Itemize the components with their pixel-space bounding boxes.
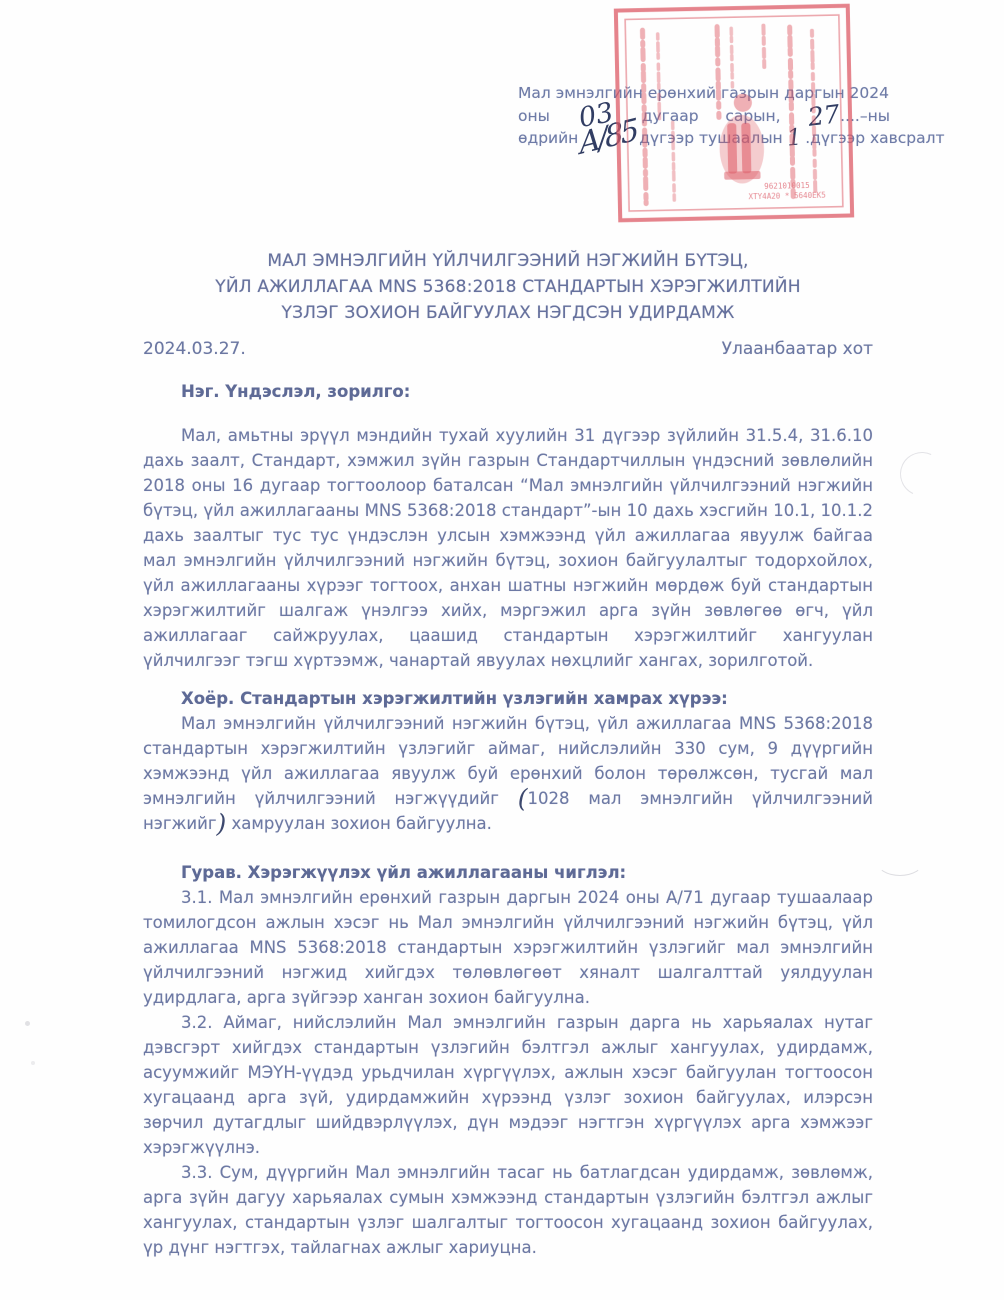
mongol-script-column	[731, 28, 732, 86]
official-stamp: 9621010015 ХТҮ4А20 * 5640ЕК5	[612, 0, 859, 227]
mongol-script-column	[812, 31, 815, 194]
pen-parenthesis-close: )	[217, 809, 227, 838]
document-date: 2024.03.27.	[143, 339, 246, 359]
document-city: Улаанбаатар хот	[722, 339, 873, 359]
section-one-paragraph: Мал, амьтны эрүүл мэндийн тухай хуулийн …	[143, 423, 873, 673]
title-line-2: ҮЙЛ АЖИЛЛАГАА MNS 5368:2018 СТАНДАРТЫН Х…	[143, 274, 873, 300]
scan-artifact-speck	[31, 1061, 35, 1065]
document-title: МАЛ ЭМНЭЛГИЙН ҮЙЛЧИЛГЭЭНИЙ НЭГЖИЙН БҮТЭЦ…	[143, 248, 873, 326]
scan-artifact-speck	[25, 1021, 30, 1026]
stamp-code-line-2: ХТҮ4А20 * 5640ЕК5	[748, 191, 825, 202]
mongol-script-column	[642, 30, 646, 203]
mongol-script-column	[763, 26, 764, 72]
section-two-paragraph: Мал эмнэлгийн үйлчилгээний нэгжийн бүтэц…	[143, 711, 873, 836]
pen-parenthesis-open: (	[518, 784, 528, 813]
dateline: 2024.03.27. Улаанбаатар хот	[143, 339, 873, 359]
document-body: МАЛ ЭМНЭЛГИЙН ҮЙЛЧИЛГЭЭНИЙ НЭГЖИЙН БҮТЭЦ…	[0, 248, 1004, 1260]
title-line-3: ҮЗЛЭГ ЗОХИОН БАЙГУУЛАХ НЭГДСЭН УДИРДАМЖ	[143, 300, 873, 326]
title-line-1: МАЛ ЭМНЭЛГИЙН ҮЙЛЧИЛГЭЭНИЙ НЭГЖИЙН БҮТЭЦ…	[143, 248, 873, 274]
appendix-word: өдрийн	[518, 129, 578, 147]
appendix-word: оны	[518, 105, 550, 128]
state-emblem	[718, 93, 764, 184]
paragraph-text: хамруулан зохион байгуулна.	[226, 814, 492, 833]
mongol-script-column	[717, 27, 719, 118]
mongol-script-column	[790, 27, 794, 196]
handwritten-month: 03	[579, 112, 613, 119]
section-heading-three: Гурав. Хэрэгжүүлэх үйл ажиллагааны чиглэ…	[181, 863, 873, 882]
clause-3-2: 3.2. Аймаг, нийслэлийн Мал эмнэлгийн газ…	[143, 1010, 873, 1160]
stamp-code-line-1: 9621010015	[764, 181, 810, 191]
document-page: Мал эмнэлгийн ерөнхий газрын даргын 2024…	[0, 0, 1004, 1300]
mongol-script-column	[658, 34, 660, 119]
scan-artifact-curve	[876, 846, 924, 876]
section-heading-one: Нэг. Үндэслэл, зорилго:	[181, 382, 873, 401]
clause-3-1: 3.1. Мал эмнэлгийн ерөнхий газрын даргын…	[143, 885, 873, 1010]
section-heading-two: Хоёр. Стандартын хэрэгжилтийн үзлэгийн х…	[181, 689, 873, 708]
clause-3-3: 3.3. Сум, дүүргийн Мал эмнэлгийн тасаг н…	[143, 1160, 873, 1260]
mongol-script-column	[673, 122, 675, 201]
